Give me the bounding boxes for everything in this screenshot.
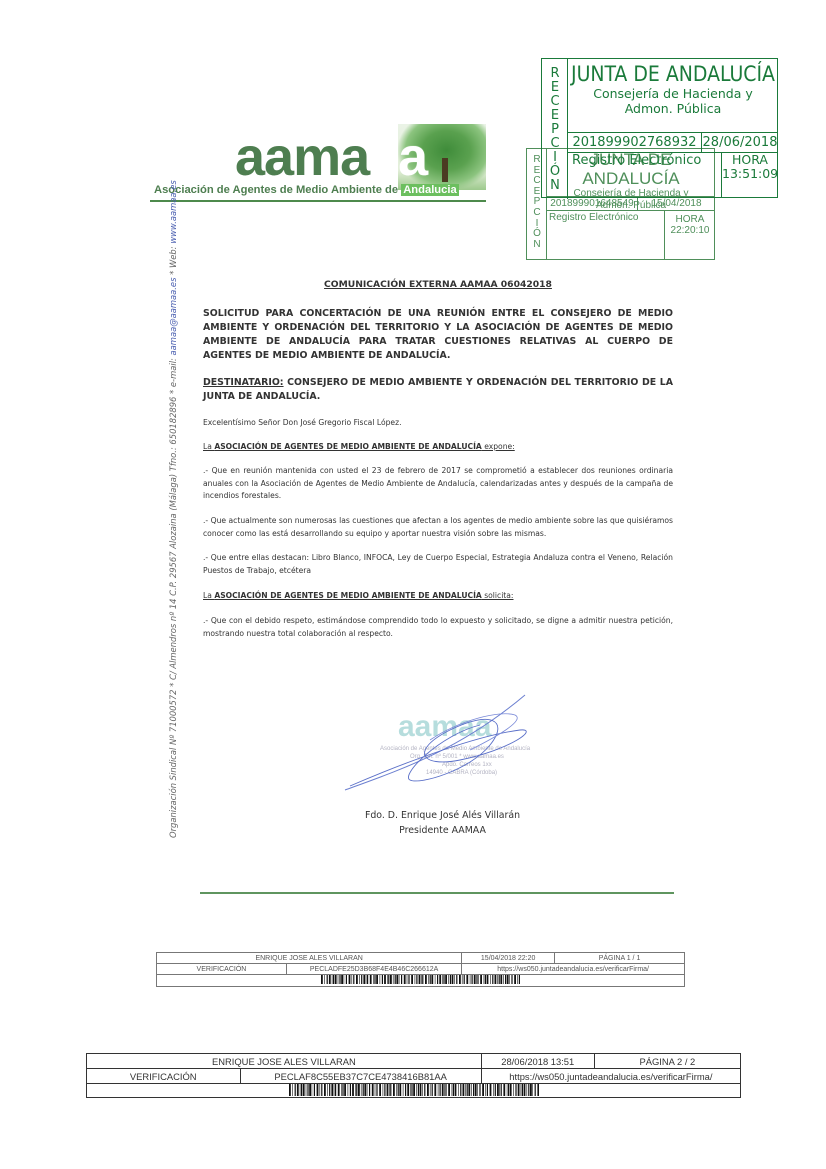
logo-tagline: Asociación de Agentes de Medio Ambiente … bbox=[154, 184, 459, 196]
verification-url[interactable]: https://ws050.juntadeandalucia.es/verifi… bbox=[462, 964, 685, 975]
logo-tagline-text: Asociación de Agentes de Medio Ambiente … bbox=[154, 184, 398, 196]
verification-table-2: ENRIQUE JOSE ALES VILLARAN 28/06/2018 13… bbox=[86, 1053, 741, 1098]
stamp-subtitle-1: Consejería de Hacienda y bbox=[568, 86, 778, 101]
handwritten-signature bbox=[340, 690, 530, 800]
sidebar-address: Organización Sindical Nº 71000572 * C/ A… bbox=[168, 355, 178, 838]
solicita-suffix: solicita: bbox=[482, 591, 514, 600]
stamp-registry-type: Registro Electrónico bbox=[547, 211, 665, 259]
stamp-time: HORA 22:20:10 bbox=[665, 211, 715, 259]
signature-block: Fdo. D. Enrique José Alés Villarán Presi… bbox=[340, 808, 545, 838]
expone-heading: La ASOCIACIÓN DE AGENTES DE MEDIO AMBIEN… bbox=[203, 441, 673, 454]
signature-area: aamaa Asociación de Agentes de Medio Amb… bbox=[340, 690, 530, 800]
association-name: ASOCIACIÓN DE AGENTES DE MEDIO AMBIENTE … bbox=[214, 442, 481, 451]
signer-name: Fdo. D. Enrique José Alés Villarán bbox=[340, 808, 545, 823]
stamp-time-label: HORA bbox=[722, 153, 778, 167]
stamp-title: JUNTA DE ANDALUCÍA bbox=[568, 62, 778, 86]
reception-stamp-2: RECEPCIÓN JUNTA DE ANDALUCÍA Consejería … bbox=[541, 58, 778, 198]
recipient-label: DESTINATARIO: bbox=[203, 377, 284, 388]
barcode bbox=[289, 1084, 539, 1097]
stamp-registry-type: Registro Electrónico bbox=[568, 153, 722, 198]
document-recipient: DESTINATARIO: CONSEJERO DE MEDIO AMBIENT… bbox=[203, 376, 673, 404]
stamp-registry-number: 201899901648549 bbox=[547, 197, 638, 211]
document-title: COMUNICACIÓN EXTERNA AAMAA 06042018 bbox=[203, 279, 673, 290]
stamp-time-value: 13:51:09 bbox=[722, 167, 778, 181]
verification-code: PECLADFE25D3B68F4E4B46C266612A bbox=[286, 964, 461, 975]
aamaa-logo: aama a Asociación de Agentes de Medio Am… bbox=[150, 124, 490, 202]
verification-datetime: 28/06/2018 13:51 bbox=[481, 1054, 594, 1069]
solicita-prefix: La bbox=[203, 591, 214, 600]
organization-contact-sidebar: Organización Sindical Nº 71000572 * C/ A… bbox=[168, 180, 178, 838]
logo-wordmark-last-letter: a bbox=[398, 130, 428, 184]
sidebar-web-link[interactable]: www.aamaa.es bbox=[168, 180, 178, 244]
logo-wordmark: aama bbox=[235, 130, 369, 184]
verification-signer: ENRIQUE JOSE ALES VILLARAN bbox=[157, 953, 462, 964]
footer-divider bbox=[200, 892, 674, 894]
verification-page: PÁGINA 1 / 1 bbox=[555, 953, 685, 964]
verification-url[interactable]: https://ws050.juntadeandalucia.es/verifi… bbox=[481, 1069, 740, 1084]
exposition-point-2: .- Que actualmente son numerosas las cue… bbox=[203, 515, 673, 540]
greeting: Excelentísimo Señor Don José Gregorio Fi… bbox=[203, 417, 673, 430]
verification-label: VERIFICACIÓN bbox=[157, 964, 287, 975]
logo-divider bbox=[150, 200, 486, 202]
barcode bbox=[321, 975, 521, 986]
verification-code: PECLAF8C55EB37C7CE4738416B81AA bbox=[240, 1069, 481, 1084]
sidebar-email-link[interactable]: aamaa@aamaa.es bbox=[168, 278, 178, 356]
sidebar-web-label: * Web: bbox=[168, 244, 178, 278]
stamp-time-value: 22:20:10 bbox=[665, 225, 715, 236]
verification-page: PÁGINA 2 / 2 bbox=[594, 1054, 740, 1069]
exposition-point-3: .- Que entre ellas destacan: Libro Blanc… bbox=[203, 552, 673, 577]
verification-table-1: ENRIQUE JOSE ALES VILLARAN 15/04/2018 22… bbox=[156, 952, 685, 987]
expone-suffix: expone: bbox=[482, 442, 515, 451]
stamp-date: 28/06/2018 bbox=[702, 133, 778, 153]
verification-signer: ENRIQUE JOSE ALES VILLARAN bbox=[87, 1054, 482, 1069]
logo-tagline-highlight: Andalucia bbox=[401, 184, 458, 196]
verification-datetime: 15/04/2018 22:20 bbox=[462, 953, 555, 964]
expone-prefix: La bbox=[203, 442, 214, 451]
solicita-heading: La ASOCIACIÓN DE AGENTES DE MEDIO AMBIEN… bbox=[203, 590, 673, 603]
association-name: ASOCIACIÓN DE AGENTES DE MEDIO AMBIENTE … bbox=[214, 591, 481, 600]
stamp-time-label: HORA bbox=[665, 214, 715, 225]
barcode-cell bbox=[87, 1084, 741, 1098]
exposition-point-1: .- Que en reunión mantenida con usted el… bbox=[203, 465, 673, 503]
barcode-cell bbox=[157, 975, 685, 987]
stamp-vertical-column: RECEPCIÓN bbox=[542, 59, 568, 199]
verification-label: VERIFICACIÓN bbox=[87, 1069, 241, 1084]
stamp-subtitle-2: Admon. Pública bbox=[568, 101, 778, 116]
document-subject: SOLICITUD PARA CONCERTACIÓN DE UNA REUNI… bbox=[203, 307, 673, 363]
stamp-vertical-label: RECEPCIÓN bbox=[542, 67, 568, 193]
stamp-time: HORA 13:51:09 bbox=[722, 153, 778, 198]
stamp-date: 15/04/2018 bbox=[638, 197, 715, 211]
signer-role: Presidente AAMAA bbox=[340, 823, 545, 838]
stamp-header: JUNTA DE ANDALUCÍA Consejería de Haciend… bbox=[568, 59, 778, 133]
request-point: .- Que con el debido respeto, estimándos… bbox=[203, 615, 673, 640]
stamp-registry-number: 201899902768932 bbox=[568, 133, 702, 153]
